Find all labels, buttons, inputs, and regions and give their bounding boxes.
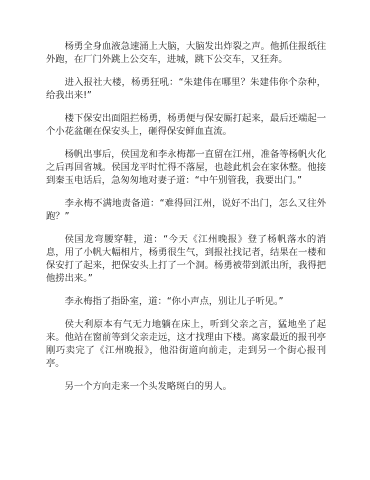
paragraph: 侯大利原本有气无力地躺在床上，听到父亲之言，猛地坐了起来。他站在窗前等到父亲走远… (46, 318, 326, 370)
paragraph: 杨勇全身血液急速涌上大脑，大脑发出炸裂之声。他抓住报纸往外跑，在厂门外跳上公交车… (46, 40, 326, 66)
paragraph: 侯国龙弯腰穿鞋，道：“今天《江州晚报》登了杨帆落水的消息，用了小帆大幅相片，杨勇… (46, 233, 326, 285)
paragraph: 李永梅指了指卧室，道：“你小声点，别让儿子听见。” (46, 295, 326, 308)
paragraph: 李永梅不满地责备道：“难得回江州，说好不出门，怎么又往外跑？” (46, 197, 326, 223)
paragraph: 进入报社大楼，杨勇狂吼：“朱建伟在哪里？朱建伟你个杂种，给我出来!” (46, 76, 326, 102)
paragraph: 杨帆出事后，侯国龙和李永梅都一直留在江州，准备等杨帆火化之后再回省城。侯国龙平时… (46, 148, 326, 187)
document-page: 杨勇全身血液急速涌上大脑，大脑发出炸裂之声。他抓住报纸往外跑，在厂门外跳上公交车… (0, 0, 370, 480)
paragraph: 另一个方向走来一个头发略斑白的男人。 (46, 380, 326, 393)
paragraph: 楼下保安出面阻拦杨勇，杨勇便与保安厮打起来，最后还端起一个小花盆砸在保安头上，砸… (46, 112, 326, 138)
